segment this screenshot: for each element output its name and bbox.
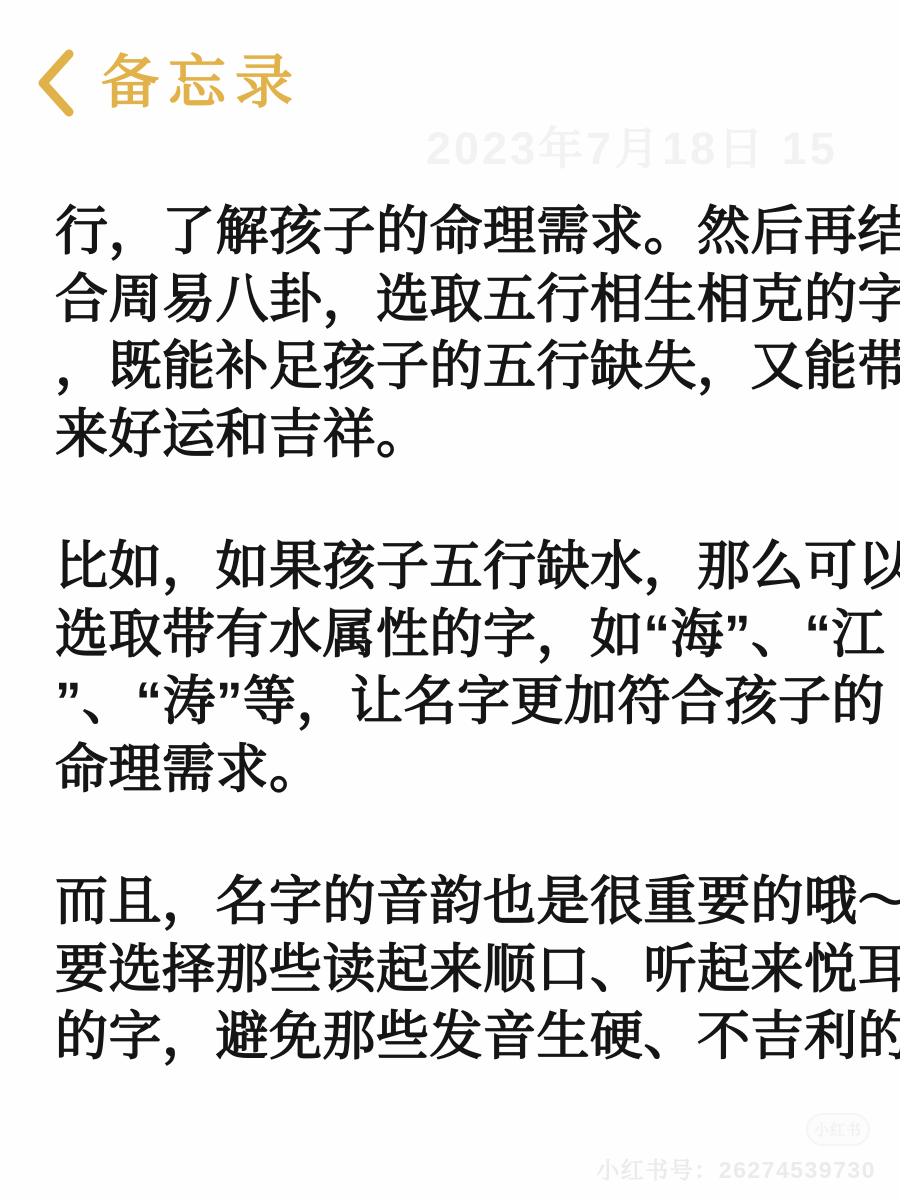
text-line: 行，了解孩子的命理需求。然后再结 [55,198,860,266]
notes-back-label[interactable]: 备忘录 [101,48,302,118]
notes-app-screen: 备忘录 2023年7月18日 15 行，了解孩子的命理需求。然后再结 合周易八卦… [0,0,900,1200]
paragraph-2: 比如，如果孩子五行缺水，那么可以 选取带有水属性的字，如“海”、“江 ”、“涛”… [55,533,860,803]
note-text: 行，了解孩子的命理需求。然后再结 合周易八卦，选取五行相生相克的字 ，既能补足孩… [55,198,860,1071]
text-line: 而且，名字的音韵也是很重要的哦～ [55,868,860,936]
paragraph-3: 而且，名字的音韵也是很重要的哦～ 要选择那些读起来顺口、听起来悦耳 的字，避免那… [55,868,860,1071]
text-line: ，既能补足孩子的五行缺失，又能带 [55,333,860,401]
text-line: 合周易八卦，选取五行相生相克的字 [55,266,860,334]
paragraph-1: 行，了解孩子的命理需求。然后再结 合周易八卦，选取五行相生相克的字 ，既能补足孩… [55,198,860,468]
text-line: 选取带有水属性的字，如“海”、“江 [55,601,860,669]
date-watermark: 2023年7月18日 15 [426,112,838,177]
text-line: ”、“涛”等，让名字更加符合孩子的 [55,668,860,736]
back-button[interactable]: 备忘录 [35,48,302,118]
xiaohongshu-account-watermark: 小红书号：26274539730 [596,1152,876,1185]
text-line: 来好运和吉祥。 [55,401,860,469]
back-chevron-icon[interactable] [35,48,75,118]
xiaohongshu-logo-watermark: 小红书 [806,1113,870,1146]
text-line: 命理需求。 [55,736,860,804]
text-line: 要选择那些读起来顺口、听起来悦耳 [55,936,860,1004]
text-line: 比如，如果孩子五行缺水，那么可以 [55,533,860,601]
text-line: 的字，避免那些发音生硬、不吉利的 [55,1003,860,1071]
xiaohongshu-logo-label: 小红书 [814,1119,862,1140]
